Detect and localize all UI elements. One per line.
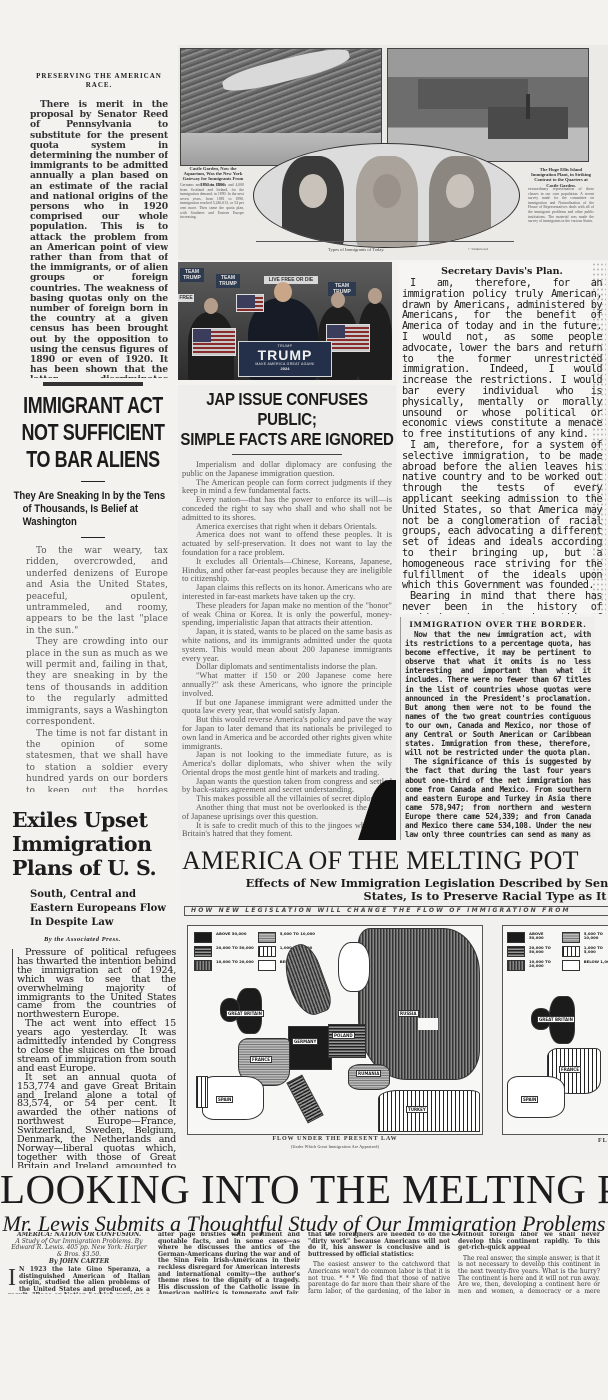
byline: By JOHN CARTER	[8, 1259, 150, 1266]
europe-immigration-map-proposed: ABOVE 50,0005,000 TO 10,00020,000 TO 50,…	[502, 925, 608, 1135]
column-2: after page bristles with pertinent and q…	[158, 1232, 300, 1294]
paragraph: The act went into effect 15 years ago ye…	[17, 1020, 176, 1073]
legend-swatch	[562, 946, 580, 957]
clip-jap-issue: JAP ISSUE CONFUSES PUBLIC; SIMPLE FACTS …	[178, 385, 396, 840]
legend-label: 5,000 TO 10,000	[584, 932, 608, 943]
paragraph: Bearing in mind that there has never bee…	[402, 591, 602, 614]
headline-line-1: JAP ISSUE CONFUSES PUBLIC;	[178, 389, 396, 429]
caption-ellis-island: The Huge Ellis Island Immigration Plant,…	[528, 167, 594, 188]
rally-photo: TEAM TRUMP TEAM TRUMP LIVE FREE OR DIE L…	[178, 262, 392, 380]
paragraph: These pleaders for Japan make no mention…	[182, 602, 392, 628]
clip-secretary-davis-plan: Secretary Davis's Plan. I am, therefore,…	[398, 262, 606, 614]
legend-swatch	[562, 932, 580, 943]
region-poland	[328, 1024, 366, 1058]
column-1: AMERICA: NATION OR CONFUSION. A Study of…	[8, 1232, 150, 1294]
deck: They Are Sneaking In by the Tens of Thou…	[10, 490, 176, 529]
paragraph: The American people can form correct jud…	[182, 479, 392, 497]
article-body: There is merit in the proposal by Senato…	[30, 100, 168, 378]
paragraph: "What matter if 150 or 200 Japanese come…	[182, 672, 392, 698]
legend-label: ABOVE 50,000	[529, 932, 558, 943]
legend-swatch	[258, 932, 276, 943]
book-info: A Study of Our Immigration Problems. By …	[8, 1239, 150, 1259]
paragraph: I am, therefore, for an immigration poli…	[402, 278, 602, 440]
clip-preserving-american-race: PRESERVING THE AMERICAN RACE. There is m…	[30, 68, 168, 378]
legend-label: 5,000 TO 10,000	[280, 932, 315, 943]
europe-immigration-map: ABOVE 50,0005,000 TO 10,00020,000 TO 50,…	[187, 925, 483, 1135]
region-germany	[288, 1026, 332, 1070]
clip-immigrant-act: IMMIGRANT ACT NOT SUFFICIENT TO BAR ALIE…	[10, 382, 176, 792]
legend-swatch	[507, 946, 525, 957]
headline: Exiles Upset Immigration Plans of U. S.	[12, 808, 176, 880]
paragraph: It set an annual quota of 153,774 and ga…	[17, 1074, 176, 1168]
photo-credit: © Underwood	[468, 247, 488, 251]
legend-label: ABOVE 50,000	[216, 932, 254, 943]
section-band: HOW NEW LEGISLATION WILL CHANGE THE FLOW…	[184, 906, 608, 916]
legend-swatch	[562, 960, 580, 971]
paragraph: Every nation—that has the power to enfor…	[182, 496, 392, 522]
paragraph: The significance of this is suggested by…	[405, 757, 591, 839]
paragraph: America does not want to offend these pe…	[182, 531, 392, 557]
legend-label: 20,000 TO 50,000	[529, 946, 558, 957]
headline: IMMIGRATION OVER THE BORDER.	[401, 620, 595, 629]
sign-team-trump: TEAM TRUMP	[180, 268, 204, 282]
region-finland	[338, 942, 370, 992]
region-turkey	[378, 1090, 480, 1132]
paragraph: They are crowding into our place in the …	[26, 637, 168, 728]
paragraph: Japan claims this reflects on its honor.…	[182, 584, 392, 602]
paragraph: Imperialism and dollar diplomacy are con…	[182, 461, 392, 479]
map-legend: ABOVE 50,0005,000 TO 10,00020,000 TO 50,…	[507, 932, 608, 971]
paragraph: Japan wants the question taken from cong…	[182, 778, 392, 796]
clip-photo-spread: Castle Garden, Now the Aquarium, Was the…	[178, 45, 608, 260]
column-text-right: extraordinary representation of those cl…	[528, 187, 594, 255]
column-4: without foreign labor we shall never dev…	[458, 1232, 600, 1294]
deck: South, Central and Eastern Europeans Flo…	[30, 888, 176, 930]
article-body: Imperialism and dollar diplomacy are con…	[178, 461, 396, 839]
legend-label: 10,000 TO 20,000	[529, 960, 558, 971]
paragraph: Another thing that must not be overlooke…	[182, 804, 392, 822]
paragraph: If but one Japanese immigrant were admit…	[182, 699, 392, 717]
sign-live-free: LIVE FREE OR DIE	[264, 276, 318, 284]
paragraph: But this would reverse America's policy …	[182, 716, 392, 751]
legend-swatch	[194, 932, 212, 943]
region-italy	[286, 1074, 323, 1123]
legend-swatch	[258, 946, 276, 957]
clip-exiles-upset: Exiles Upset Immigration Plans of U. S. …	[10, 808, 176, 1168]
headline: LOOKING INTO THE MELTING POT	[0, 1167, 608, 1211]
deck-line-2: States, Is to Preserve Racial Type as It…	[180, 890, 608, 903]
clip-looking-into-melting-pot: LOOKING INTO THE MELTING POT Mr. Lewis S…	[0, 1165, 608, 1295]
oval-caption: Types of Immigrants of Today.	[328, 247, 385, 252]
byline: By the Associated Press.	[44, 936, 176, 943]
paragraph: Pressure of political refugees has thwar…	[17, 949, 176, 1020]
map-caption-2: FLO	[598, 1138, 608, 1145]
podium-sign: TRUMP TRUMP MAKE AMERICA GREAT AGAIN! 20…	[238, 341, 332, 377]
headline-line-2: SIMPLE FACTS ARE IGNORED	[178, 429, 396, 449]
headline: IMMIGRANT ACT NOT SUFFICIENT TO BAR ALIE…	[11, 392, 175, 473]
paragraph: To the war weary, tax ridden, overcrowde…	[26, 546, 168, 637]
legend-label: 1,000 TO 5,000	[584, 946, 608, 957]
region-russia	[358, 928, 480, 1080]
paragraph: It excludes all Orientals—Chinese, Korea…	[182, 558, 392, 584]
legend-swatch	[507, 932, 525, 943]
legend-label: BELOW 1,000	[584, 960, 608, 971]
clip-america-melting-pot: AMERICA OF THE MELTING POT Effects of Ne…	[180, 840, 608, 1160]
legend-label: 10,000 TO 20,000	[216, 960, 254, 971]
legend-swatch	[194, 960, 212, 971]
legend-swatch	[194, 946, 212, 957]
map-caption: FLOW UNDER THE PRESENT LAW (Under Which …	[240, 1136, 430, 1150]
region-portugal	[196, 1076, 208, 1108]
headline: PRESERVING THE AMERICAN RACE.	[30, 72, 168, 90]
legend-swatch	[258, 960, 276, 971]
water	[418, 1018, 438, 1030]
american-flag	[192, 328, 236, 356]
headline: AMERICA OF THE MELTING POT	[182, 848, 608, 874]
sign-team-trump: TEAM TRUMP	[216, 274, 240, 288]
legend-swatch	[507, 960, 525, 971]
paragraph: The time is not far distant in the opini…	[26, 729, 168, 793]
american-flag	[326, 324, 370, 352]
drop-cap: I	[8, 1268, 16, 1288]
paragraph: Japan is not looking to the immediate fu…	[182, 751, 392, 777]
immigrant-women-portrait	[253, 143, 520, 248]
paragraph: I am, therefore, for a system of selecti…	[402, 440, 602, 591]
paragraph: Japan, it is stated, wants to be placed …	[182, 628, 392, 663]
legend-label: 20,000 TO 50,000	[216, 946, 254, 957]
american-flag	[236, 294, 264, 312]
deck-line-1: Effects of New Immigration Legislation D…	[180, 877, 608, 890]
paragraph: Now that the new immigration act, with i…	[405, 630, 591, 757]
sign-free: FREE	[178, 294, 194, 302]
clip-immigration-over-border: IMMIGRATION OVER THE BORDER. Now that th…	[400, 617, 595, 842]
column-3: that the foreigners are needed to do the…	[308, 1232, 450, 1294]
region-rumania	[348, 1064, 390, 1090]
column-text-left: Germans and Prussia, Danes and 4,000 fro…	[180, 183, 244, 255]
